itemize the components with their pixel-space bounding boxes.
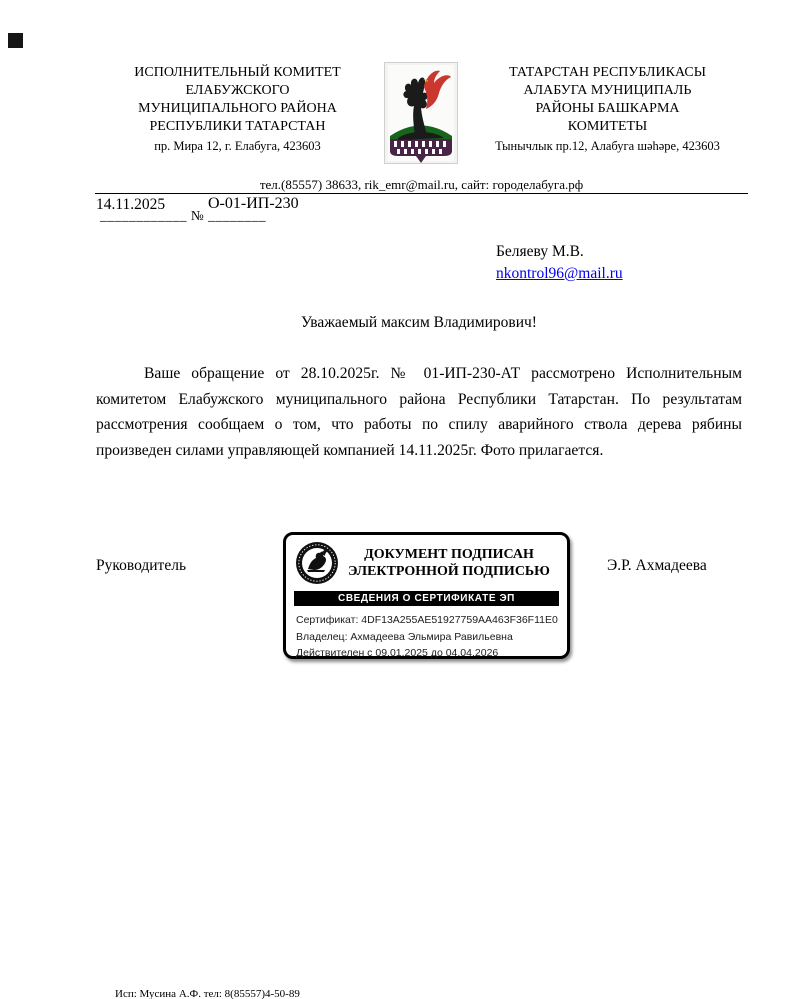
certificate-info-bar: СВЕДЕНИЯ О СЕРТИФИКАТЕ ЭП <box>294 591 559 606</box>
letterhead-address: Тынычлык пр.12, Алабуга шәһәре, 423603 <box>470 137 745 155</box>
signer-name: Э.Р. Ахмадеева <box>607 557 707 575</box>
letterhead-line: ЕЛАБУЖСКОГО <box>100 82 375 100</box>
executor-footer-note: Исп: Мусина А.Ф. тел: 8(85557)4-50-89 <box>115 988 300 999</box>
letterhead-russian: ИСПОЛНИТЕЛЬНЫЙ КОМИТЕТ ЕЛАБУЖСКОГО МУНИЦ… <box>100 64 375 155</box>
certificate-validity: Действителен с 09.01.2025 до 04.04.2026 <box>296 645 561 662</box>
certificate-owner: Владелец: Ахмадеева Эльмира Равильевна <box>296 629 561 646</box>
body-paragraph: Ваше обращение от 28.10.2025г. № 01-ИП-2… <box>96 361 742 463</box>
tatarstan-seal-icon <box>295 541 339 585</box>
electronic-signature-stamp: ДОКУМЕНТ ПОДПИСАН ЭЛЕКТРОННОЙ ПОДПИСЬЮ С… <box>283 532 570 659</box>
certificate-number: Сертификат: 4DF13A255AE51927759AA463F36F… <box>296 612 561 629</box>
scan-artifact-square <box>8 33 23 48</box>
certificate-details: Сертификат: 4DF13A255AE51927759AA463F36F… <box>286 606 567 662</box>
letterhead-line: РЕСПУБЛИКИ ТАТАРСТАН <box>100 118 375 136</box>
signer-title: Руководитель <box>96 557 186 575</box>
header-divider <box>95 193 748 194</box>
letterhead-line: КОМИТЕТЫ <box>470 118 745 136</box>
addressee-email-link[interactable]: nkontrol96@mail.ru <box>496 265 623 282</box>
letterhead-line: АЛАБУГА МУНИЦИПАЛЬ <box>470 82 745 100</box>
letterhead-tatar: ТАТАРСТАН РЕСПУБЛИКАСЫ АЛАБУГА МУНИЦИПАЛ… <box>470 64 745 155</box>
letterhead-line: МУНИЦИПАЛЬНОГО РАЙОНА <box>100 100 375 118</box>
stamp-title-line1: ДОКУМЕНТ ПОДПИСАН <box>364 547 534 562</box>
reference-blank-line: ____________ № ________ <box>100 208 266 224</box>
addressee-name: Беляеву М.В. <box>496 243 584 260</box>
yelabuga-coat-of-arms-icon <box>384 62 458 164</box>
addressee-block: Беляеву М.В. nkontrol96@mail.ru <box>496 241 623 285</box>
stamp-title-line2: ЭЛЕКТРОННОЙ ПОДПИСЬЮ <box>348 564 550 579</box>
salutation: Уважаемый максим Владимирович! <box>96 314 742 332</box>
letterhead-line: ТАТАРСТАН РЕСПУБЛИКАСЫ <box>470 64 745 82</box>
letterhead-line: ИСПОЛНИТЕЛЬНЫЙ КОМИТЕТ <box>100 64 375 82</box>
letterhead-line: РАЙОНЫ БАШКАРМА <box>470 100 745 118</box>
stamp-title: ДОКУМЕНТ ПОДПИСАН ЭЛЕКТРОННОЙ ПОДПИСЬЮ <box>339 546 559 580</box>
contact-line: тел.(85557) 38633, rik_emr@mail.ru, сайт… <box>95 177 748 193</box>
letterhead-address: пр. Мира 12, г. Елабуга, 423603 <box>100 137 375 155</box>
document-page: ИСПОЛНИТЕЛЬНЫЙ КОМИТЕТ ЕЛАБУЖСКОГО МУНИЦ… <box>0 0 790 999</box>
